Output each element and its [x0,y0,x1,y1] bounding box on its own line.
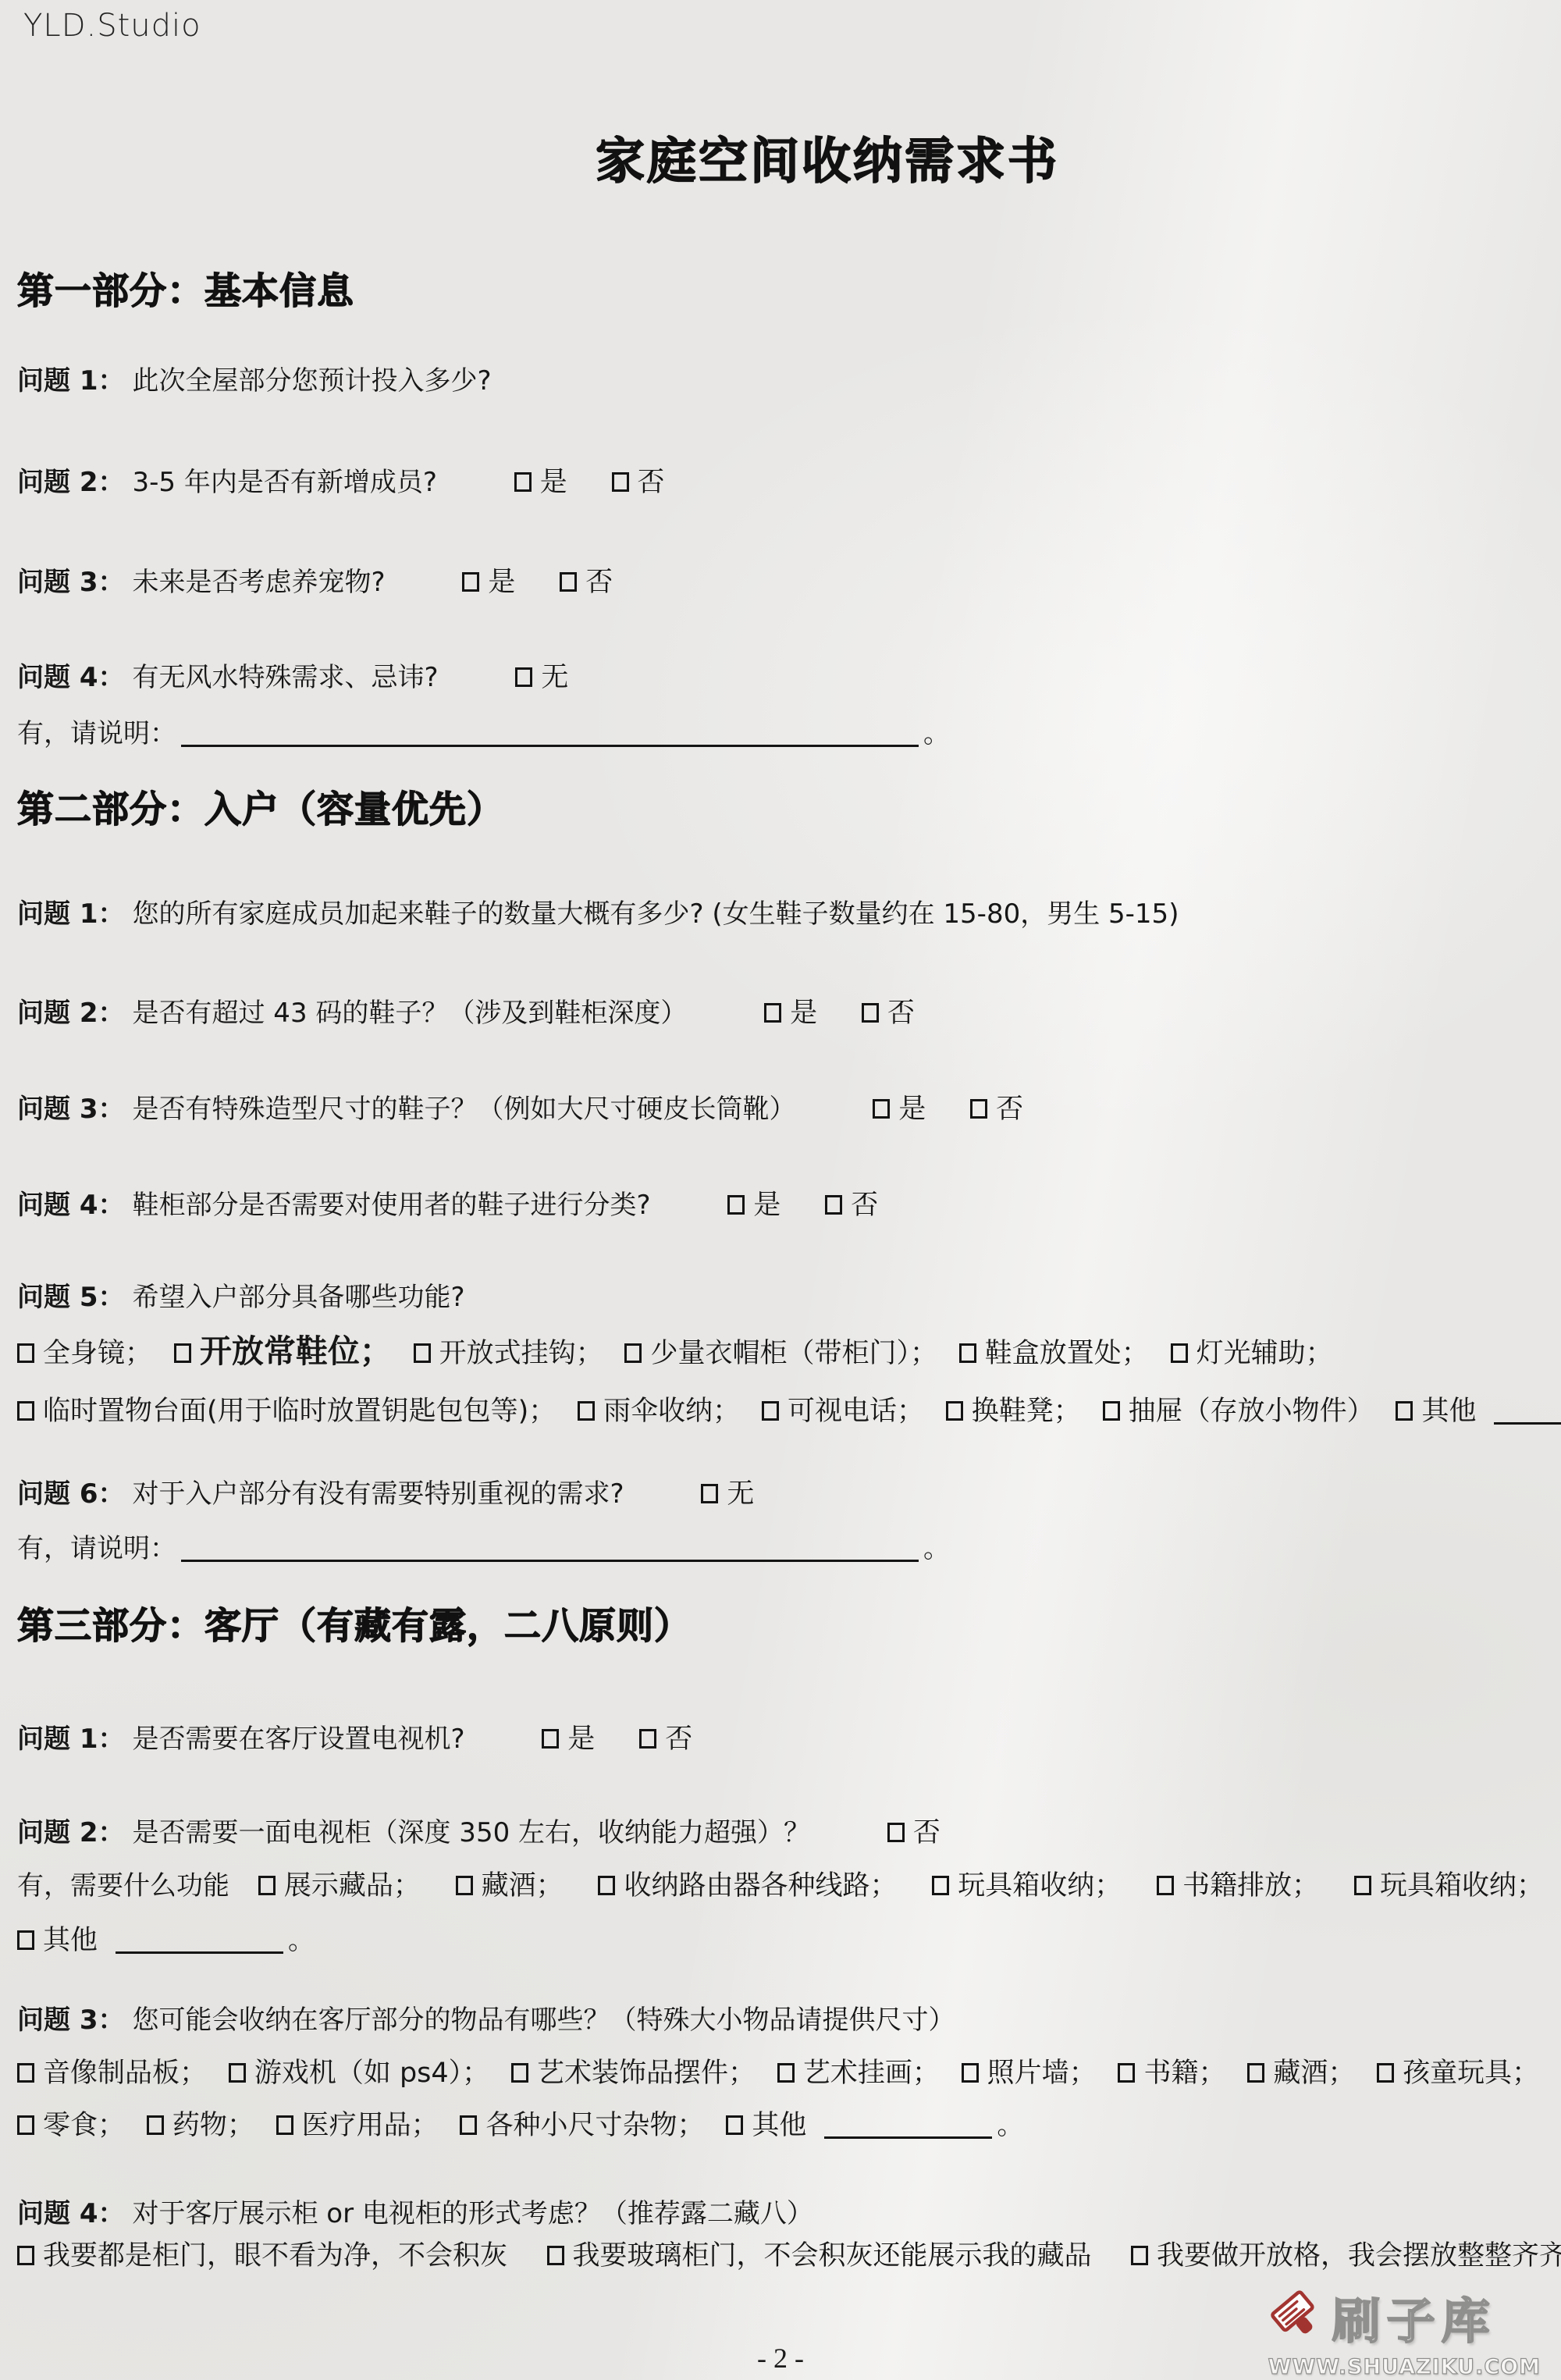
option-no[interactable]: 否 [887,1817,941,1848]
studio-logo: YLD.Studio [23,8,201,44]
part2-question-3: 问题 3：是否有特殊造型尺寸的鞋子？（例如大尺寸硬皮长筒靴） 是 否 [17,1087,1023,1126]
part3-question-1: 问题 1：是否需要在客厅设置电视机? 是 否 [17,1717,692,1756]
question-label: 问题 1： [17,1724,125,1755]
checkbox-icon[interactable] [1131,2246,1148,2265]
option-label: 药物； [172,2110,254,2141]
part3-question-3-options-row-2: 零食； 药物； 医疗用品； 各种小尺寸杂物； 其他。 [17,2104,1023,2143]
option-label: 鞋盒放置处； [985,1338,1149,1369]
option-label: 玩具箱收纳； [958,1870,1122,1902]
question-text: 是否需要一面电视柜（深度 350 左右，收纳能力超强）？ [133,1817,811,1848]
option-item[interactable]: 开放式挂钩； [414,1338,603,1369]
option-label: 其他 [43,1925,98,1956]
question-label: 问题 1： [17,365,125,397]
option-item[interactable]: 我要玻璃柜门，不会积灰还能展示我的藏品 [547,2240,1092,2271]
checkbox-icon[interactable] [17,2115,34,2135]
option-label: 灯光辅助； [1197,1338,1333,1369]
questionnaire-page: YLD.Studio 家庭空间收纳需求书 第一部分：基本信息 问题 1：此次全屋… [0,0,1561,2380]
question-label: 问题 2： [17,1817,125,1848]
part1-question-2: 问题 2：3-5 年内是否有新增成员? 是 否 [17,461,665,500]
checkbox-icon[interactable] [514,472,532,492]
checkbox-icon[interactable] [17,1343,34,1363]
question-label: 问题 1： [17,898,125,930]
question-label: 问题 2： [17,998,125,1029]
option-label: 各种小尺寸杂物； [485,2110,704,2141]
option-label: 全身镜； [43,1338,152,1369]
option-item[interactable]: 灯光辅助； [1171,1338,1333,1369]
option-item[interactable]: 可视电话； [762,1396,924,1427]
question-text: 是否需要在客厅设置电视机? [133,1724,465,1755]
option-label: 无 [541,662,568,693]
checkbox-icon[interactable] [276,2115,293,2135]
option-item[interactable]: 我要做开放格，我会摆放整整齐齐 [1131,2240,1561,2271]
option-label: 艺术装饰品摆件； [537,2058,756,2089]
part2-question-4: 问题 4：鞋柜部分是否需要对使用者的鞋子进行分类? 是 否 [17,1183,878,1222]
fill-in-blank[interactable] [181,723,919,747]
checkbox-icon[interactable] [612,472,629,492]
option-item[interactable]: 音像制品板； [17,2058,207,2089]
checkbox-icon[interactable] [1247,2063,1264,2083]
checkbox-icon[interactable] [873,1099,890,1119]
checkbox-icon[interactable] [887,1823,905,1842]
checkbox-icon[interactable] [701,1484,718,1503]
option-label: 临时置物台面(用于临时放置钥匙包包等)； [43,1396,556,1427]
checkbox-icon[interactable] [460,2115,477,2135]
part3-question-2: 问题 2：是否需要一面电视柜（深度 350 左右，收纳能力超强）？ 否 [17,1811,941,1850]
checkbox-icon[interactable] [727,1195,745,1215]
checkbox-icon[interactable] [515,667,532,687]
option-label: 其他 [1421,1396,1476,1427]
option-item[interactable]: 开放常鞋位； [174,1338,392,1369]
checkbox-icon[interactable] [762,1401,779,1421]
option-label: 音像制品板； [43,2058,207,2089]
checkbox-icon[interactable] [511,2063,528,2083]
part2-question-2: 问题 2：是否有超过 43 码的鞋子？（涉及到鞋柜深度） 是 否 [17,991,915,1030]
option-item[interactable]: 全身镜； [17,1338,152,1369]
checkbox-icon[interactable] [862,1003,879,1023]
question-label: 问题 3： [17,1094,125,1125]
checkbox-icon[interactable] [1377,2063,1394,2083]
question-text: 希望入户部分具备哪些功能? [133,1282,465,1313]
question-label: 问题 5： [17,1282,125,1313]
option-label: 可视电话； [788,1396,924,1427]
option-label: 雨伞收纳； [603,1396,740,1427]
option-item[interactable]: 藏酒； [456,1870,564,1902]
fill-in-blank[interactable] [1494,1400,1561,1425]
question-text: 您可能会收纳在客厅部分的物品有哪些？（特殊大小物品请提供尺寸） [133,2005,955,2036]
question-label: 问题 6： [17,1478,125,1510]
section-3-heading: 第三部分：客厅（有藏有露，二八原则） [17,1597,692,1649]
part3-question-4: 问题 4：对于客厅展示柜 or 电视柜的形式考虑？（推荐露二藏八） [17,2192,813,2230]
part1-question-3: 问题 3：未来是否考虑养宠物? 是 否 [17,560,613,599]
checkbox-icon[interactable] [764,1003,781,1023]
part1-question-1: 问题 1：此次全屋部分您预计投入多少? [17,359,492,397]
checkbox-icon[interactable] [414,1343,431,1363]
option-yes[interactable]: 是 [514,467,567,498]
option-label: 否 [913,1817,941,1848]
option-item[interactable]: 藏酒； [1247,2058,1355,2089]
checkbox-icon[interactable] [229,2063,246,2083]
option-yes[interactable]: 是 [727,1190,780,1221]
option-item[interactable]: 各种小尺寸杂物； [460,2110,704,2141]
part2-question-5-options-row-2: 临时置物台面(用于临时放置钥匙包包等)； 雨伞收纳； 可视电话； 换鞋凳； 抽屉… [17,1389,1561,1428]
option-label: 其他 [752,2110,806,2141]
option-item[interactable]: 临时置物台面(用于临时放置钥匙包包等)； [17,1396,556,1427]
fill-prefix: 有，请说明： [17,718,176,749]
option-no[interactable]: 否 [639,1724,692,1755]
question-text: 是否有特殊造型尺寸的鞋子？（例如大尺寸硬皮长筒靴） [133,1094,796,1125]
option-item[interactable]: 玩具箱收纳； [932,1870,1122,1902]
option-label: 是 [790,998,817,1029]
checkbox-icon[interactable] [825,1195,842,1215]
option-label: 是 [898,1094,926,1125]
part1-question-4: 问题 4：有无风水特殊需求、忌讳? 无 [17,656,568,695]
checkbox-icon[interactable] [17,1401,34,1421]
option-label: 否 [638,467,665,498]
option-no[interactable]: 否 [825,1190,878,1221]
section-2-heading: 第二部分：入户（容量优先） [17,781,504,833]
question-text: 3-5 年内是否有新增成员? [133,467,437,498]
checkbox-icon[interactable] [639,1729,656,1749]
period: 。 [288,1925,315,1956]
period: 。 [997,2110,1023,2141]
option-label: 少量衣帽柜（带柜门）； [650,1338,937,1369]
checkbox-icon[interactable] [17,2063,34,2083]
question-label: 问题 4： [17,1190,125,1221]
option-label: 照片墙； [987,2058,1097,2089]
part2-question-1: 问题 1：您的所有家庭成员加起来鞋子的数量大概有多少? (女生鞋子数量约在 15… [17,892,1179,930]
option-item[interactable]: 照片墙； [962,2058,1097,2089]
checkbox-icon[interactable] [462,572,479,592]
checkbox-icon[interactable] [959,1343,976,1363]
checkbox-icon[interactable] [962,2063,979,2083]
option-item[interactable]: 艺术装饰品摆件； [511,2058,756,2089]
checkbox-icon[interactable] [17,1930,34,1950]
option-item[interactable]: 雨伞收纳； [578,1396,740,1427]
option-item-other[interactable]: 其他 [1396,1396,1476,1427]
option-item[interactable]: 医疗用品； [276,2110,439,2141]
question-label: 问题 4： [17,2198,125,2229]
checkbox-icon[interactable] [1354,1876,1371,1895]
checkbox-icon[interactable] [1103,1401,1120,1421]
option-label: 否 [585,567,613,598]
option-no[interactable]: 否 [612,467,665,498]
question-text: 是否有超过 43 码的鞋子？（涉及到鞋柜深度） [133,998,688,1029]
option-label: 藏酒； [1273,2058,1355,2089]
option-label: 医疗用品； [302,2110,439,2141]
option-yes[interactable]: 是 [462,567,515,598]
question-text: 鞋柜部分是否需要对使用者的鞋子进行分类? [133,1190,651,1221]
checkbox-icon[interactable] [946,1401,963,1421]
option-none[interactable]: 无 [515,662,568,693]
option-label: 否 [665,1724,692,1755]
part3-question-2-functions: 有，需要什么功能 展示藏品； 藏酒； 收纳路由器各种线路； 玩具箱收纳； 书籍排… [17,1864,1561,1903]
checkbox-icon[interactable] [1171,1343,1188,1363]
question-text: 此次全屋部分您预计投入多少? [133,365,492,397]
fill-in-blank[interactable] [181,1538,919,1562]
question-label: 问题 3： [17,567,125,598]
fill-prefix: 有，请说明： [17,1533,176,1564]
option-label: 否 [851,1190,878,1221]
option-label: 我要做开放格，我会摆放整整齐齐 [1157,2240,1561,2271]
option-label: 否 [887,998,915,1029]
option-label: 是 [488,567,515,598]
brush-icon [1268,2289,1325,2346]
functions-prefix: 有，需要什么功能 [17,1870,229,1902]
option-label: 孩童玩具； [1403,2058,1539,2089]
question-text: 您的所有家庭成员加起来鞋子的数量大概有多少? (女生鞋子数量约在 15-80，男… [133,898,1179,930]
checkbox-icon[interactable] [174,1343,191,1363]
part2-question-5: 问题 5：希望入户部分具备哪些功能? [17,1275,465,1314]
option-item[interactable]: 游戏机（如 ps4）； [229,2058,489,2089]
document-title: 家庭空间收纳需求书 [0,122,1561,193]
option-label: 书籍； [1143,2058,1225,2089]
checkbox-icon[interactable] [1118,2063,1135,2083]
option-label: 我要都是柜门，眼不看为净，不会积灰 [43,2240,507,2271]
option-no[interactable]: 否 [970,1094,1023,1125]
checkbox-icon[interactable] [578,1401,595,1421]
option-yes[interactable]: 是 [542,1724,595,1755]
checkbox-icon[interactable] [726,2115,743,2135]
checkbox-icon[interactable] [624,1343,642,1363]
option-label: 书籍排放； [1182,1870,1319,1902]
period: 。 [923,718,950,749]
option-label: 收纳路由器各种线路； [624,1870,897,1902]
option-label: 否 [996,1094,1023,1125]
checkbox-icon[interactable] [542,1729,559,1749]
part2-question-6: 问题 6：对于入户部分有没有需要特别重视的需求? 无 [17,1472,754,1511]
option-label: 开放式挂钩； [439,1338,603,1369]
watermark-brand: 刷子库 [1332,2282,1496,2352]
option-item-other[interactable]: 其他 [726,2110,806,2141]
part2-question-5-options-row-1: 全身镜； 开放常鞋位； 开放式挂钩； 少量衣帽柜（带柜门）； 鞋盒放置处； 灯光… [17,1325,1346,1371]
fill-in-blank[interactable] [824,2115,992,2139]
period: 。 [923,1533,950,1564]
watermark: 刷子库 WWW.SHUAZIKU.COM [1268,2282,1541,2379]
checkbox-icon[interactable] [560,572,577,592]
checkbox-icon[interactable] [777,2063,795,2083]
checkbox-icon[interactable] [456,1876,473,1895]
checkbox-icon[interactable] [598,1876,615,1895]
checkbox-icon[interactable] [547,2246,564,2265]
option-label: 抽屉（存放小物件） [1129,1396,1374,1427]
option-label: 展示藏品； [284,1870,421,1902]
option-item[interactable]: 药物； [147,2110,254,2141]
option-label: 我要玻璃柜门，不会积灰还能展示我的藏品 [573,2240,1092,2271]
option-item[interactable]: 少量衣帽柜（带柜门）； [624,1338,937,1369]
checkbox-icon[interactable] [970,1099,987,1119]
option-item-other[interactable]: 其他 [17,1925,98,1956]
checkbox-icon[interactable] [17,2246,34,2265]
option-none[interactable]: 无 [701,1478,754,1510]
checkbox-icon[interactable] [932,1876,949,1895]
option-item[interactable]: 我要都是柜门，眼不看为净，不会积灰 [17,2240,507,2271]
fill-in-blank[interactable] [116,1930,283,1954]
part3-question-3: 问题 3：您可能会收纳在客厅部分的物品有哪些？（特殊大小物品请提供尺寸） [17,1998,955,2037]
checkbox-icon[interactable] [1396,1401,1413,1421]
option-item[interactable]: 零食； [17,2110,125,2141]
option-label: 是 [540,467,567,498]
question-label: 问题 3： [17,2005,125,2036]
option-item[interactable]: 书籍排放； [1157,1870,1319,1902]
option-label: 是 [753,1190,780,1221]
option-label: 是 [567,1724,595,1755]
question-text: 未来是否考虑养宠物? [133,567,386,598]
part1-question-4-explain: 有，请说明：。 [17,712,950,750]
option-item[interactable]: 鞋盒放置处； [959,1338,1149,1369]
question-text: 有无风水特殊需求、忌讳? [133,662,439,693]
question-text: 对于入户部分有没有需要特别重视的需求? [133,1478,624,1510]
option-label: 玩具箱收纳； [1380,1870,1544,1902]
option-yes[interactable]: 是 [873,1094,926,1125]
part3-question-4-options: 我要都是柜门，眼不看为净，不会积灰 我要玻璃柜门，不会积灰还能展示我的藏品 我要… [17,2234,1561,2273]
option-no[interactable]: 否 [862,998,915,1029]
checkbox-icon[interactable] [147,2115,164,2135]
option-label: 换鞋凳； [972,1396,1081,1427]
checkbox-icon[interactable] [1157,1876,1174,1895]
question-label: 问题 4： [17,662,125,693]
option-item[interactable]: 书籍； [1118,2058,1225,2089]
option-label: 游戏机（如 ps4）； [254,2058,489,2089]
part3-question-2-other: 其他。 [17,1919,315,1958]
option-item[interactable]: 孩童玩具； [1377,2058,1539,2089]
option-label: 藏酒； [482,1870,564,1902]
option-label: 开放常鞋位； [200,1332,392,1370]
question-label: 问题 2： [17,467,125,498]
part2-question-6-explain: 有，请说明：。 [17,1527,950,1565]
option-no[interactable]: 否 [560,567,613,598]
option-item[interactable]: 艺术挂画； [777,2058,940,2089]
option-label: 无 [727,1478,754,1510]
option-item[interactable]: 玩具箱收纳； [1354,1870,1544,1902]
section-1-heading: 第一部分：基本信息 [17,262,354,315]
option-item[interactable]: 抽屉（存放小物件） [1103,1396,1374,1427]
option-item[interactable]: 展示藏品； [258,1870,421,1902]
option-item[interactable]: 收纳路由器各种线路； [598,1870,897,1902]
option-yes[interactable]: 是 [764,998,817,1029]
question-text: 对于客厅展示柜 or 电视柜的形式考虑？（推荐露二藏八） [133,2198,813,2229]
option-label: 艺术挂画； [803,2058,940,2089]
checkbox-icon[interactable] [258,1876,276,1895]
option-item[interactable]: 换鞋凳； [946,1396,1081,1427]
watermark-url: WWW.SHUAZIKU.COM [1268,2355,1541,2379]
option-label: 零食； [43,2110,125,2141]
part3-question-3-options-row-1: 音像制品板； 游戏机（如 ps4）； 艺术装饰品摆件； 艺术挂画； 照片墙； 书… [17,2051,1552,2090]
